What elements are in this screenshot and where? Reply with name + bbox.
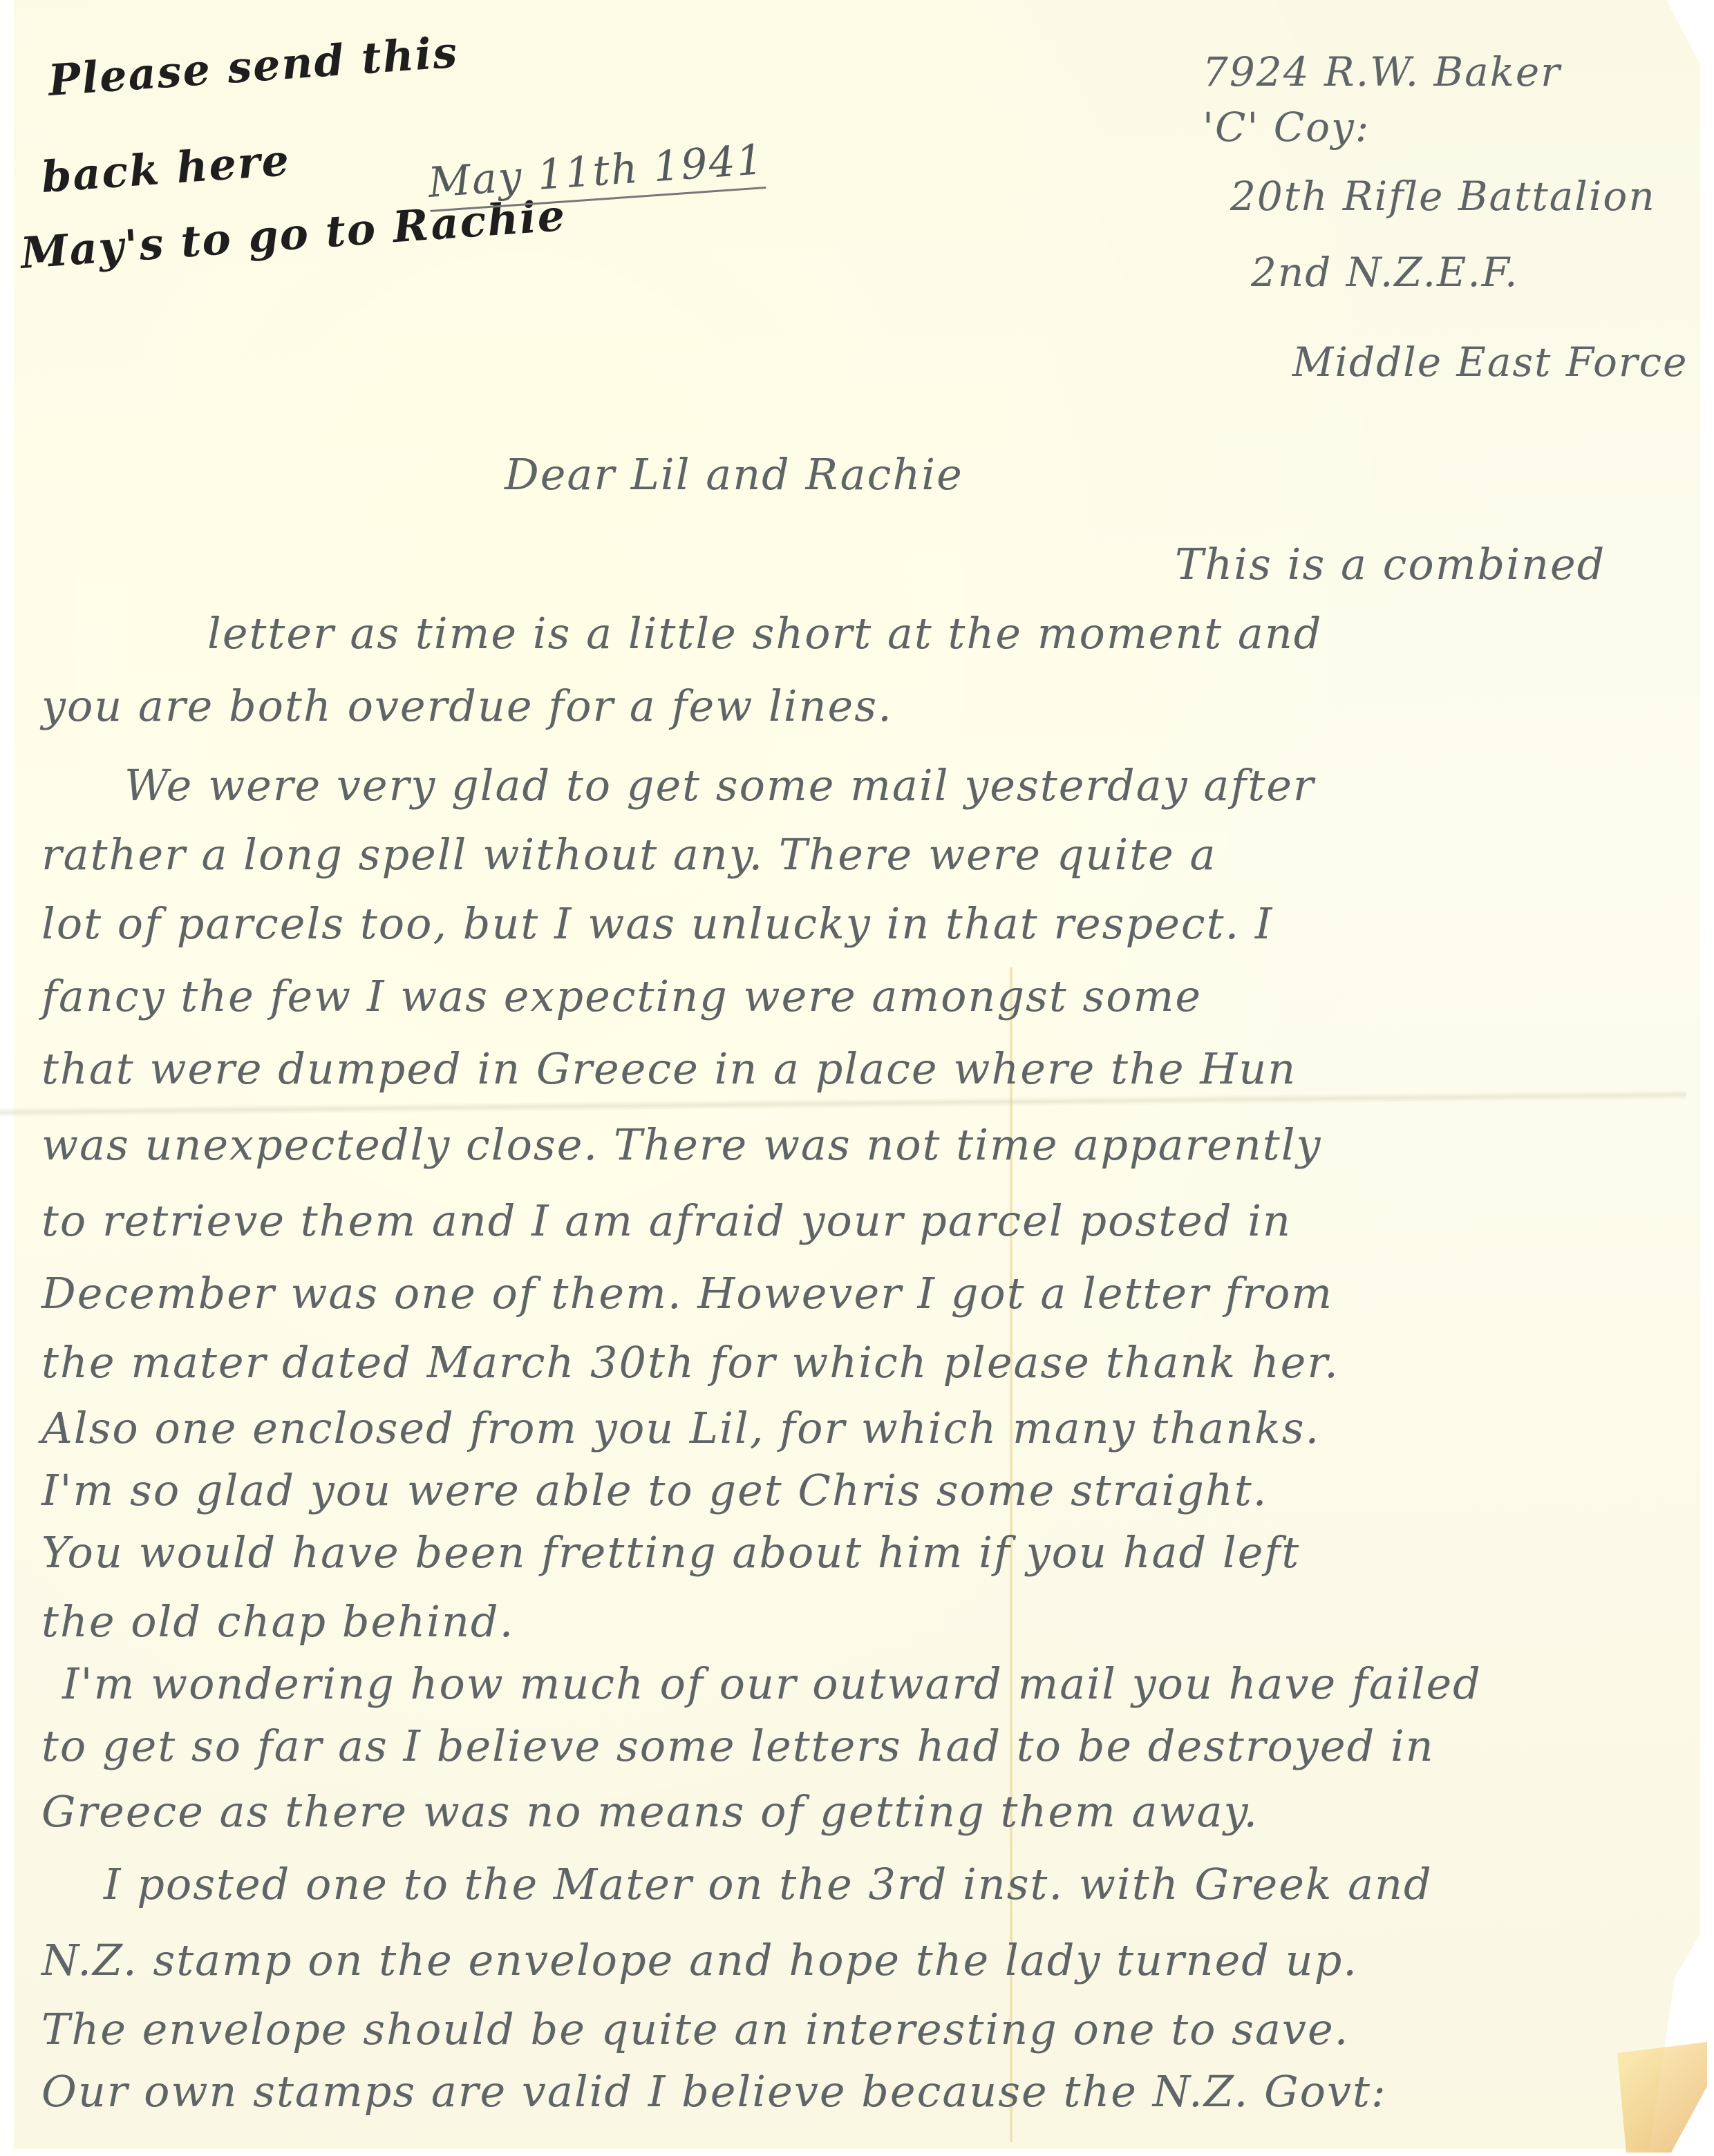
body-line: We were very glad to get some mail yeste… [124,760,1714,811]
body-line: This is a combined [1175,539,1659,589]
body-line: Also one enclosed from you Lil, for whic… [41,1403,1659,1453]
address-line: 2nd N.Z.E.F. [1251,249,1518,296]
body-line: was unexpectedly close. There was not ti… [41,1119,1659,1170]
body-line: I'm so glad you were able to get Chris s… [41,1465,1659,1515]
body-line: rather a long spell without any. There w… [41,829,1659,880]
body-line: You would have been fretting about him i… [41,1527,1659,1578]
body-line: letter as time is a little short at the … [207,608,1714,659]
body-line: that were dumped in Greece in a place wh… [41,1043,1659,1094]
address-line: 'C' Coy: [1203,104,1370,151]
address-line: 7924 R.W. Baker [1203,48,1561,95]
address-line: 20th Rifle Battalion [1230,173,1656,220]
body-line: to get so far as I believe some letters … [41,1721,1659,1771]
body-line: lot of parcels too, but I was unlucky in… [41,898,1659,949]
body-line: fancy the few I was expecting were among… [41,971,1659,1021]
body-line: you are both overdue for a few lines. [41,681,1659,731]
body-line: I'm wondering how much of our outward ma… [62,1658,1679,1709]
body-line: the old chap behind. [41,1596,1659,1647]
body-line: Greece as there was no means of getting … [41,1786,1659,1837]
body-line: N.Z. stamp on the envelope and hope the … [41,1935,1659,1985]
body-line: The envelope should be quite an interest… [41,2004,1659,2054]
body-line: December was one of them. However I got … [41,1268,1659,1318]
body-line: Our own stamps are valid I believe becau… [41,2066,1659,2117]
body-line: I posted one to the Mater on the 3rd ins… [104,1859,1714,1909]
body-line: the mater dated March 30th for which ple… [41,1337,1659,1388]
body-line: to retrieve them and I am afraid your pa… [41,1195,1659,1246]
address-line: Middle East Force [1292,339,1688,386]
salutation: Dear Lil and Rachie [505,449,963,500]
